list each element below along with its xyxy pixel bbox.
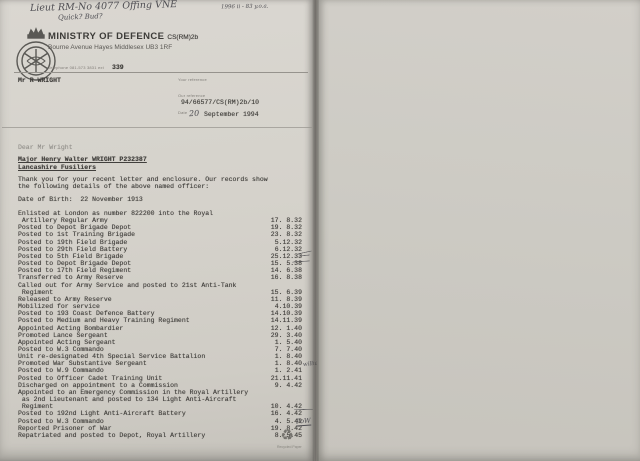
dept-code: CS(RM)2b [167,34,198,41]
handwritten-top-note-2: Quick? Bud? [58,12,103,22]
service-record-row: Appointed to an Emergency Commission in … [18,389,302,410]
service-record-row: Appointed Acting Bombardier12. 1.40 [18,325,302,332]
letterhead-divider [14,72,308,73]
service-record-list-page1: Enlisted at London as number 822200 into… [18,210,302,439]
addressee: Mr R WRIGHT [18,77,61,84]
page-divider [2,127,312,128]
service-record-row: Appointed Acting Sergeant1. 5.40 [18,339,302,346]
service-record-row: Posted to 19th Field Brigade5.12.32 [18,239,302,246]
service-record-row: Enlisted at London as number 822200 into… [18,210,302,224]
handwritten-pow-note: PoW [296,416,311,426]
recycle-icon: ♻ [281,421,293,447]
our-reference-label: Our reference [178,93,205,98]
service-record-row: Repatriated and posted to Depot, Royal A… [18,432,302,439]
service-record-row: Posted to W.9 Commando1. 2.41 [18,367,302,374]
date-value: September 1994 [204,111,259,118]
service-record-row: Released to Army Reserve11. 8.39 [18,296,302,303]
recycled-paper-caption: Recycled Paper [277,445,302,449]
service-record-row: Transferred to Army Reserve16. 8.38 [18,274,302,281]
handwritten-age-note: 1996 ii - 83 y.o.a. [221,4,269,11]
handwritten-top-note: Lieut RM-No 4077 Offing VNE [30,0,177,14]
pen-underline [294,409,313,411]
telephone-label: Telephone 081-573 3831 ext [48,65,104,70]
date-label: Date [178,110,187,115]
service-record-row: Posted to 1st Training Brigade23. 8.32 [18,231,302,238]
subject-regiment: Lancashire Fusiliers [18,164,96,171]
service-record-row: Discharged on appointment to a Commissio… [18,382,302,389]
page-seam [312,0,319,461]
service-record-row: Posted to 29th Field Battery6.12.32 [18,246,302,253]
ministry-title: MINISTRY OF DEFENCE CS(RM)2b [48,31,198,42]
service-record-row: Posted to Medium and Heavy Training Regi… [18,317,302,324]
service-record-row: Posted to Officer Cadet Training Unit21.… [18,375,302,382]
letter-page-1: Lieut RM-No 4077 Offing VNE Quick? Bud? … [0,0,314,461]
salutation: Dear Mr Wright [18,144,73,151]
service-record-row: Posted to W.3 Commando4. 5.42 [18,418,302,425]
handwritten-date-day: 20 [189,109,200,119]
ministry-name: MINISTRY OF DEFENCE [48,31,164,42]
service-record-row: Promoted Lance Sergeant29. 3.40 [18,332,302,339]
service-record-row: Called out for Army Service and posted t… [18,282,302,296]
intro-paragraph: Thank you for your recent letter and enc… [18,176,268,190]
telephone-ext: 339 [112,64,124,71]
date-of-birth-line: Date of Birth: 22 November 1913 [18,196,143,203]
your-reference-label: Your reference [178,77,207,82]
subject-officer: Major Henry Walter WRIGHT P232387 [18,156,147,163]
service-record-row: Reported Prisoner of War19. 8.42 [18,425,302,432]
service-record-row: Posted to 192nd Light Anti-Aircraft Batt… [18,410,302,417]
letterhead-address: Bourne Avenue Hayes Middlesex UB3 1RF [48,44,172,51]
our-reference-value: 94/66577/CS(RM)2b/10 [181,99,259,106]
letter-page-2: Posted to W.3 Commando24. 8.45Transferre… [317,0,640,461]
scanned-letter: Lieut RM-No 4077 Offing VNE Quick? Bud? … [0,0,640,461]
